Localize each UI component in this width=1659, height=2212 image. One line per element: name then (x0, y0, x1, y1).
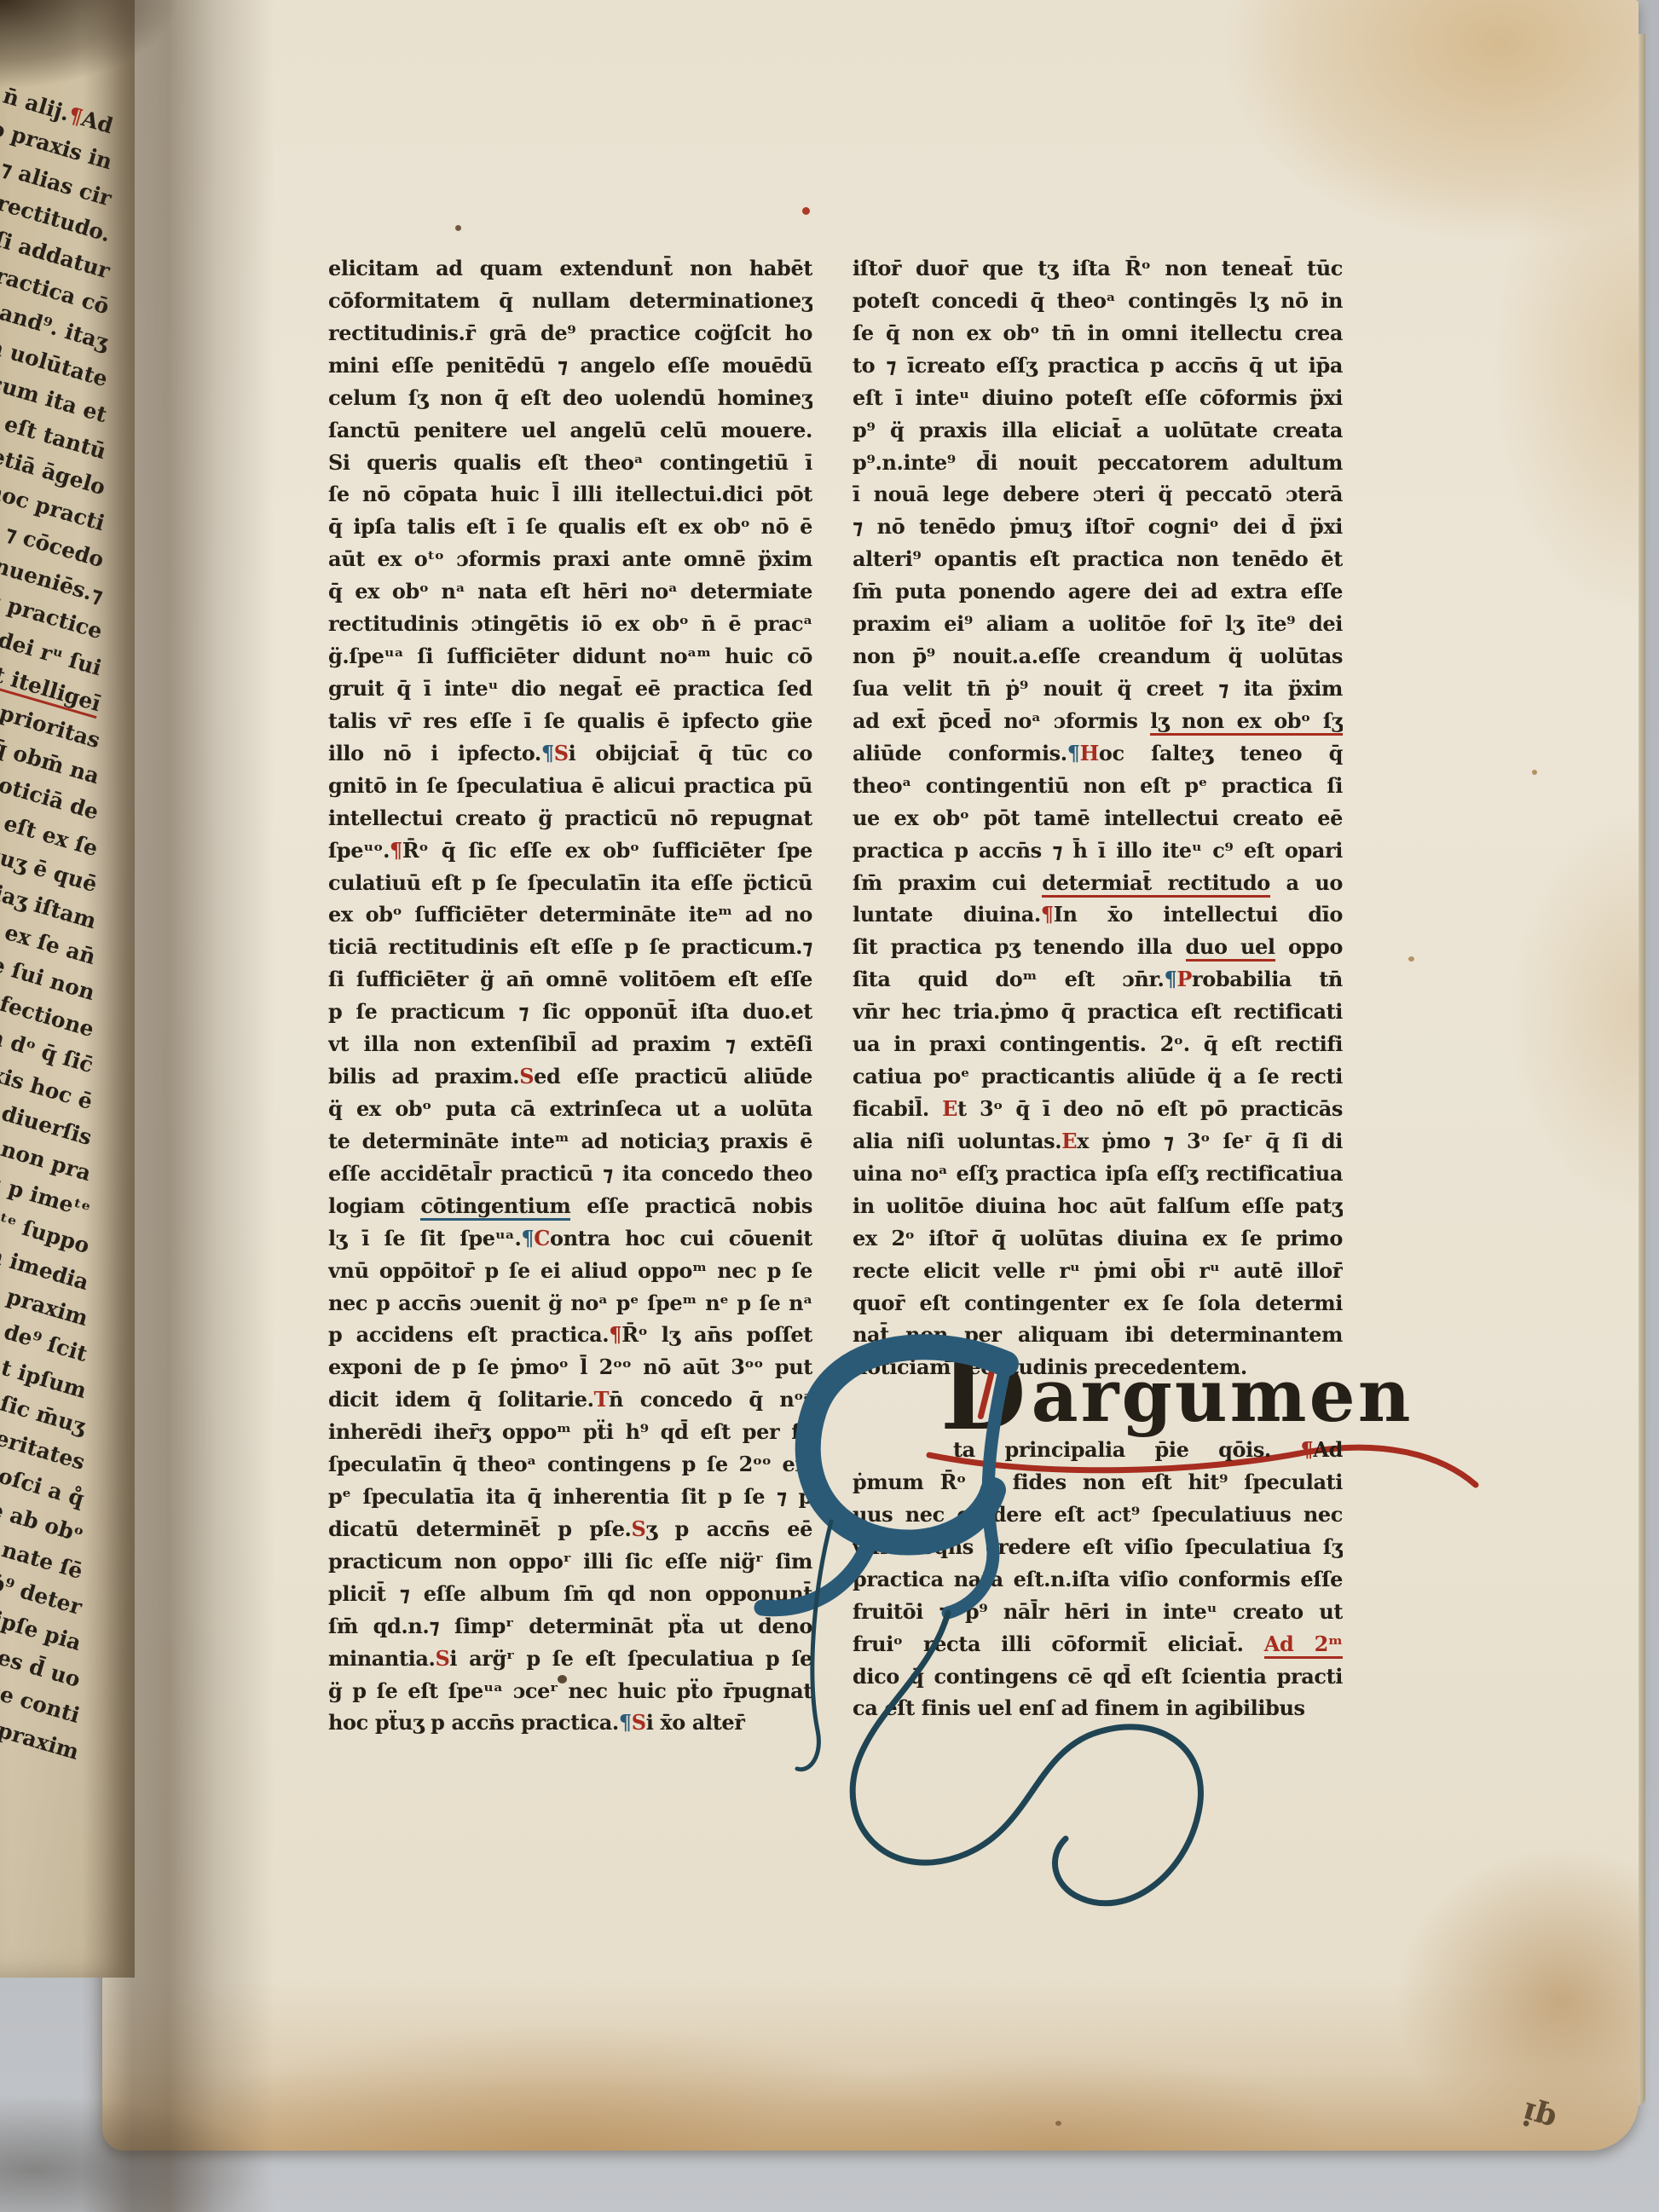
text-line: ſua velit tn̄ ṗ⁹ nouit q̈ creet ⁊ ita p̈… (853, 673, 1343, 705)
red-rubric: E (1061, 1129, 1077, 1153)
red-rubric: ¶ (66, 102, 85, 130)
text-line: alteri⁹ opantis eſt practica non tenēdo … (853, 543, 1343, 575)
text-line: q̄ ex obᵒ nᵃ nata eſt hēri noᵃ determiat… (328, 575, 812, 608)
text-line: illo nō i ipfecto.¶Si obijciat̄ q̄ tūc c… (328, 737, 812, 770)
text-line: ī nouā lege debere ɔteri q̈ peccatō ɔter… (853, 478, 1343, 511)
text-line: vn̄r hec tria.ṗmo q̄ practica eſt rectif… (853, 996, 1343, 1028)
text-line: uina noᵃ eſſʒ practica ipſa eſſʒ rectifi… (853, 1158, 1343, 1190)
red-rubric: Ad 2ᵐ (1264, 1632, 1343, 1659)
text-line: culatiuū eſt p ſe ſpeculatīn ita eſſe p̈… (328, 867, 812, 899)
text-line: p ſe practicum ⁊ ſic opponūt̄ iſta duo.e… (328, 996, 812, 1028)
text-line: rectitudinis.r̄ grā de⁹ practice cog̈ſci… (328, 317, 812, 349)
text-line: luntate diuina.¶In x̄o intellectui dīo (853, 898, 1343, 931)
text-line: ſi ſufficiēter g̈ an̄ omnē volitōem eſt … (328, 963, 812, 996)
red-rubric: E (942, 1096, 957, 1121)
text-line: p⁹ q̈ praxis illa eliciat̄ a uolūtate cr… (853, 414, 1343, 447)
text-line: te determināte inteᵐ ad noticiaʒ praxis … (328, 1125, 812, 1158)
text-line: elicitam ad quam extendunt̄ non habēt (328, 252, 812, 285)
text-line: cōformitatem q̄ nullam determinationeʒ (328, 285, 812, 317)
right-text-column-upper: iſtor̄ duor̄ que tʒ iſta R̄ᵒ non teneat̄… (853, 252, 1343, 1383)
red-rubric: lʒ non ex obᵒ ſʒ (1150, 708, 1343, 736)
text-line: ficabil̄. Et 3ᵒ q̄ ī deo nō eſt pō pract… (853, 1093, 1343, 1125)
text-line: ue ex obᵒ pōt tamē intellectui creato eē (853, 802, 1343, 835)
text-line: praxim ei⁹ aliam a uolitōe for̄ lʒ īte⁹ … (853, 608, 1343, 640)
blue-rubric: ¶ (1067, 741, 1080, 765)
text-line: in uolitōe diuina hoc aūt falſum eſſe pa… (853, 1190, 1343, 1222)
foxing-spot (1055, 2121, 1061, 2126)
text-line: vt illa non extenſibil̄ ad praxim ⁊ extē… (328, 1028, 812, 1060)
red-rubric: T (594, 1387, 609, 1412)
red-rubric: P (1176, 967, 1192, 991)
red-rubric: S (519, 1064, 534, 1089)
text-line: celum ſʒ non q̄ eſt deo uolendū homineʒ (328, 382, 812, 414)
red-rubric: C (534, 1226, 550, 1250)
text-line: ſm̄ praxim cui determiat̄ rectitudo a uo (853, 867, 1343, 899)
red-rubric: duo uel (1186, 934, 1275, 962)
text-line: intellectui creato g̈ practicū nō repugn… (328, 802, 812, 835)
text-line: Si queris qualis eſt theoᵃ contingetiū ī (328, 447, 812, 479)
red-rubric: ¶ (1301, 1437, 1314, 1462)
text-line: theoᵃ contingentiū non eſt pᵉ practica ſ… (853, 770, 1343, 802)
text-line: ticiā rectitudinis eſt eſſe p ſe practic… (328, 931, 812, 963)
text-line: practica p accn̄s ⁊ h̄ ī illo iteᵘ c⁹ eſ… (853, 835, 1343, 867)
text-line: to ⁊ īcreato eſſʒ practica p accn̄s q̄ u… (853, 349, 1343, 382)
text-line: gruit q̄ ī inteᵘ dio negat̄ eē practica … (328, 673, 812, 705)
red-rubric: cōtingentium (420, 1193, 570, 1221)
text-line: ſe nō cōpata huic l̄ illi itellectui.dic… (328, 478, 812, 511)
text-line: ſanctū penitere uel angelū celū mouere. (328, 414, 812, 447)
text-line: ⁊ nō tenēdo ṗmuʒ iſtor̄ cogniᵒ dei d̄ p̈… (853, 511, 1343, 543)
red-rubric: S (632, 1516, 646, 1541)
foxing-spot (1532, 770, 1537, 775)
text-line: non p̄⁹ nouit.a.eſſe creandum q̈ uolūtas (853, 640, 1343, 673)
text-line: ua in praxi contingentis. 2ᵒ. q̄ eſt rec… (853, 1028, 1343, 1060)
text-line: eſt ī inteᵘ diuino poteſt eſſe cōformis … (853, 382, 1343, 414)
text-line: ex 2ᵒ iſtor̄ q̄ uolūtas diuina ex ſe pri… (853, 1222, 1343, 1255)
text-line: p⁹.n.inte⁹ d̄i nouit peccatorem adultum (853, 447, 1343, 479)
text-line: ſpeᵘᵒ.¶R̄ᵒ q̄ ſic eſſe ex obᵒ ſufficiēte… (328, 835, 812, 867)
photograph-of-book-page: elicitam ad quam extendunt̄ non habētcōf… (0, 0, 1659, 2212)
text-line: ſe q̄ non ex obᵒ tn̄ in omni itellectu c… (853, 317, 1343, 349)
blue-rubric: ¶ (619, 1710, 632, 1735)
red-ink-speck (802, 207, 810, 215)
text-line: mini eſſe penitēdū ⁊ angelo eſſe mouēdū (328, 349, 812, 382)
blue-rubric: ¶ (1164, 967, 1176, 991)
text-line: ex obᵒ ſufficiēter determināte iteᵐ ad n… (328, 898, 812, 931)
red-rubric: ¶ (609, 1322, 621, 1347)
text-line: talis vr̄ res eſſe ī ſe qualis ē ipfecto… (328, 705, 812, 737)
text-line: vnū oppōitor̄ p ſe ei aliud oppoᵐ nec p … (328, 1255, 812, 1287)
text-line: aūt ex oᵗᵒ ɔformis praxi ante omnē p̈xim (328, 543, 812, 575)
text-line: catiua poᵉ practicantis aliūde q̈ a ſe r… (853, 1060, 1343, 1093)
red-rubric: S (632, 1710, 646, 1735)
text-line: iſtor̄ duor̄ que tʒ iſta R̄ᵒ non teneat̄… (853, 252, 1343, 285)
text-line: ſita quid doᵐ eſt ɔn̄r.¶Probabilia tn̄ (853, 963, 1343, 996)
text-line: q̄ ipſa talis eſt ī ſe qualis eſt ex obᵒ… (328, 511, 812, 543)
text-line: g̈.ſpeᵘᵃ ſi ſufficiēter didunt noᵃᵐ huic… (328, 640, 812, 673)
blue-rubric: ¶ (521, 1226, 534, 1250)
red-rubric: determiat̄ rectitudo (1042, 870, 1270, 898)
pen-flourish (789, 1517, 848, 1782)
facing-page-edge: ti ⁊ n̄ alij.¶Adctitudo praxis inis ſicu… (0, 0, 135, 1978)
text-line: lʒ ī ſe ſit ſpeᵘᵃ.¶Contra hoc cui cōueni… (328, 1222, 812, 1255)
text-line: rectitudinis ɔtingētis iō ex obᵒ n̄ ē pr… (328, 608, 812, 640)
blue-rubric: ¶ (541, 741, 554, 765)
text-line: logiam cōtingentium eſſe practicā nobis (328, 1190, 812, 1222)
page-fore-edge (1639, 34, 1645, 2105)
red-rubric: S (435, 1646, 449, 1671)
text-line: quor̄ eſt contingenter ex ſe ſola determ… (853, 1287, 1343, 1320)
text-line: bilis ad praxim.Sed eſſe practicū aliūde (328, 1060, 812, 1093)
text-line: gnitō in ſe ſpeculatiua ē alicui practic… (328, 770, 812, 802)
text-line: ad ext̄ p̄ced̄ noᵃ ɔformis lʒ non ex obᵒ… (853, 705, 1343, 737)
foxing-spot (455, 225, 461, 231)
text-line: aliūde conformis.¶Hoc ſalteʒ teneo q̄ (853, 737, 1343, 770)
facing-page-text: ti ⁊ n̄ alij.¶Adctitudo praxis inis ſicu… (0, 104, 113, 1771)
red-rubric: ¶ (390, 838, 402, 863)
red-rubric: ¶ (1041, 902, 1054, 927)
text-line: eſſe accidētal̄r practicū ⁊ ita concedo … (328, 1158, 812, 1190)
text-line: poteſt concedi q̄ theoᵃ contingēs lʒ nō … (853, 285, 1343, 317)
text-line: recte elicit velle rᵘ ṗmi ob̄i rᵘ autē i… (853, 1255, 1343, 1287)
text-line: ſit practica pʒ tenendo illa duo uel opp… (853, 931, 1343, 963)
text-line: nec p accn̄s ɔuenit g̈ noᵃ pᵉ ſpeᵐ nᵉ p … (328, 1287, 812, 1320)
red-rubric: S (554, 741, 569, 765)
text-line: q̈ ex obᵒ puta cā extrinſeca ut a uolūta (328, 1093, 812, 1125)
red-rubric: H (1080, 741, 1099, 765)
foxing-spot (1408, 956, 1414, 962)
text-line: alia niſi uoluntas.Ex ṗmo ⁊ 3ᵒ ſeʳ q̄ ſi… (853, 1125, 1343, 1158)
text-line: ſm̄ puta ponendo agere dei ad extra eſſe (853, 575, 1343, 608)
